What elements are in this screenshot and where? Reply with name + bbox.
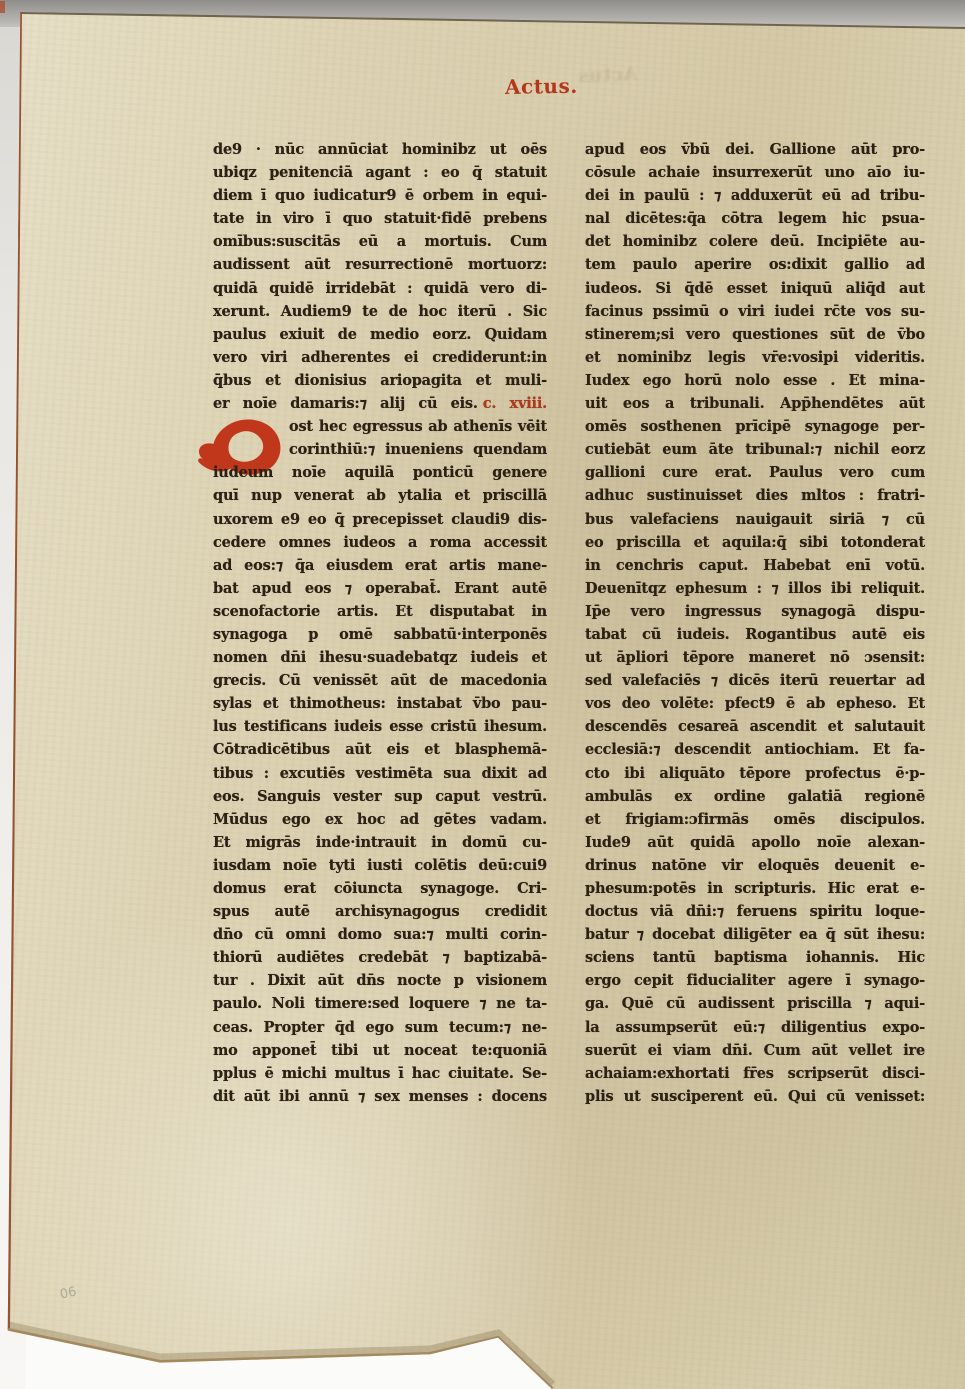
text-line: nomen dn̄i ihesu·suadebatqz iudeis et (213, 646, 547, 669)
text-line: drinus natōne vir eloquēs deuenit e- (585, 854, 925, 877)
text-line: omībus:suscitās eū a mortuis. Cum (213, 230, 547, 253)
text-line: bus valefaciens nauigauit siriā ⁊ cū (585, 508, 925, 531)
text-line: eo priscilla et aquila:q̄ sibi totondera… (585, 531, 925, 554)
text-line: plis ut susciperent eū. Qui cū venisset: (585, 1085, 925, 1108)
text-line: iusdam noīe tyti iusti colētis deū:cui9 (213, 854, 547, 877)
text-line: Iude9 aūt quidā apollo noīe alexan- (585, 831, 925, 854)
text-line: tibus : excutiēs vestimēta sua dixit ad (213, 762, 547, 785)
text-line: domus erat cōiuncta synagoge. Cri- (213, 877, 547, 900)
text-line: achaiam:exhortati fr̄es scripserūt disci… (585, 1062, 925, 1085)
text-line: ost hec egressus ab athenīs vēit (213, 415, 547, 438)
text-line: paulo. Noli timere:sed loquere ⁊ ne ta- (213, 992, 547, 1015)
text-line: paulus exiuit de medio eorz. Quidam (213, 323, 547, 346)
text-line: Iudex ego horū nolo esse . Et mina- (585, 369, 925, 392)
text-line: in cenchris caput. Habebat enī votū. (585, 554, 925, 577)
text-line: Ip̄e vero ingressus synagogā dispu- (585, 600, 925, 623)
text-line: iudeos. Si q̄dē esset iniquū aliq̄d aut (585, 277, 925, 300)
text-line: xerunt. Audiem9 te de hoc iterū . Sic (213, 300, 547, 323)
text-line: scenofactorie artis. Et disputabat in (213, 600, 547, 623)
text-line: ubiqz penitenciā agant : eo q̄ statuit (213, 161, 547, 184)
text-line: vero viri adherentes ei crediderunt:in (213, 346, 547, 369)
manuscript-page: Actus Actus. de9 · nūc annūciat hominibz… (0, 0, 965, 1389)
text-line: tem paulo aperire os:dixit gallio ad (585, 253, 925, 276)
text-line: cto ibi aliquāto tēpore profectus ē·p- (585, 762, 925, 785)
text-line: batur ⁊ docebat diligēter ea q̄ sūt ihes… (585, 923, 925, 946)
text-line: cōsule achaie insurrexerūt uno aīo iu- (585, 161, 925, 184)
text-line: uit eos a tribunali. App̄hendētes aūt (585, 392, 925, 415)
text-line: doctus viā dn̄i:⁊ feruens spiritu loque- (585, 900, 925, 923)
text-line: descendēs cesareā ascendit et salutauit (585, 715, 925, 738)
text-line: er noīe damaris:⁊ alij cū eis.c. xviii. (213, 392, 547, 415)
text-line: tur . Dixit aūt dn̄s nocte p visionem (213, 969, 547, 992)
text-column-right: apud eos v̄bū dei. Gallione aūt pro-cōsu… (585, 138, 925, 1108)
text-line: tate in viro ī quo statuit·fidē prebens (213, 207, 547, 230)
text-line: sed valefaciēs ⁊ dicēs iterū reuertar ad (585, 669, 925, 692)
text-line: thiorū audiētes credebāt ⁊ baptizabā- (213, 946, 547, 969)
text-line: facinus pssimū o viri iudei rc̄te vos su… (585, 300, 925, 323)
text-line: grecis. Cū venissēt aūt de macedonia (213, 669, 547, 692)
text-line: synagoga p omē sabbatū·interponēs (213, 623, 547, 646)
text-line: suerūt ei viam dn̄i. Cum aūt vellet ire (585, 1039, 925, 1062)
text-line: stinerem;si vero questiones sūt de v̄bo (585, 323, 925, 346)
text-column-left: de9 · nūc annūciat hominibz ut oēsubiqz … (213, 138, 547, 1108)
text-line: diem ī quo iudicatur9 ē orbem in equi- (213, 184, 547, 207)
text-line: ecclesiā:⁊ descendit antiochiam. Et fa- (585, 738, 925, 761)
text-line: quidā quidē irridebāt : quidā vero di- (213, 277, 547, 300)
text-line: pplus ē michi multus ī hac ciuitate. Se- (213, 1062, 547, 1085)
text-line: nal dicētes:q̄a cōtra legem hic psua- (585, 207, 925, 230)
text-line: eos. Sanguis vester sup caput vestrū. (213, 785, 547, 808)
text-line: mo apponet̄ tibi ut noceat te:quoniā (213, 1039, 547, 1062)
text-line: ut āpliori tēpore maneret nō ɔsensit: (585, 646, 925, 669)
text-line: lus testificans iudeis esse cristū ihesu… (213, 715, 547, 738)
text-line: cutiebāt eum āte tribunal:⁊ nichil eorz (585, 438, 925, 461)
text-line: omēs sosthenen prīcipē synagoge per- (585, 415, 925, 438)
text-line: quī nup venerat ab ytalia et priscillā (213, 484, 547, 507)
text-line: apud eos v̄bū dei. Gallione aūt pro- (585, 138, 925, 161)
text-line: Et migrās inde·intrauit in domū cu- (213, 831, 547, 854)
text-line: dn̄o cū omni domo sua:⁊ multi corin- (213, 923, 547, 946)
text-line: de9 · nūc annūciat hominibz ut oēs (213, 138, 547, 161)
pencil-mark: 06 (59, 1284, 78, 1302)
text-line: ad eos:⁊ q̄a eiusdem erat artis mane- (213, 554, 547, 577)
text-line: ergo cepit fiducialiter agere ī synago- (585, 969, 925, 992)
text-line: ga. Quē cū audissent priscilla ⁊ aqui- (585, 992, 925, 1015)
text-line: audissent aūt resurrectionē mortuorz: (213, 253, 547, 276)
text-line: phesum:potēs in scripturis. Hic erat e- (585, 877, 925, 900)
text-line: bat apud eos ⁊ operabat̄. Erant autē (213, 577, 547, 600)
text-line: Deuenītqz ephesum : ⁊ illos ibi reliquit… (585, 577, 925, 600)
text-line: sciens tantū baptisma iohannis. Hic (585, 946, 925, 969)
text-line: q̄bus et dionisius ariopagita et muli- (213, 369, 547, 392)
photo-corner-mark (0, 1, 5, 13)
text-line: sylas et thimotheus: instabat v̄bo pau- (213, 692, 547, 715)
text-line: dit aūt ibi annū ⁊ sex menses : docens (213, 1085, 547, 1108)
text-line: ceas. Propter q̄d ego sum tecum:⁊ ne- (213, 1016, 547, 1039)
text-line: det hominibz colere deū. Incipiēte au- (585, 230, 925, 253)
text-line: la assumpserūt eū:⁊ diligentius expo- (585, 1016, 925, 1039)
running-header: Actus. (505, 73, 615, 99)
text-line: uxorem e9 eo q̄ precepisset claudi9 dis- (213, 508, 547, 531)
text-line: Mūdus ego ex hoc ad gētes vadam. (213, 808, 547, 831)
text-line: dei in paulū : ⁊ adduxerūt eū ad tribu- (585, 184, 925, 207)
text-line: et nominibz legis vr̄e:vosipi videritis. (585, 346, 925, 369)
text-line: iudeum noīe aquilā ponticū genere (213, 461, 547, 484)
text-line: spus autē archisynagogus credidit (213, 900, 547, 923)
text-line: adhuc sustinuisset dies mltos : fratri- (585, 484, 925, 507)
text-line: corinthiū:⁊ inueniens quendam (213, 438, 547, 461)
chapter-rubric: c. xviii. (478, 395, 547, 412)
text-line: vos deo volēte: pfect9 ē ab epheso. Et (585, 692, 925, 715)
text-line: gallioni cure erat. Paulus vero cum (585, 461, 925, 484)
text-line: cedere omnes iudeos a roma accessit (213, 531, 547, 554)
text-line: ambulās ex ordine galatiā regionē (585, 785, 925, 808)
text-line: tabat cū iudeis. Rogantibus autē eis (585, 623, 925, 646)
text-line: Cōtradicētibus aūt eis et blasphemā- (213, 738, 547, 761)
text-line: et frigiam:ɔfirmās omēs discipulos. (585, 808, 925, 831)
